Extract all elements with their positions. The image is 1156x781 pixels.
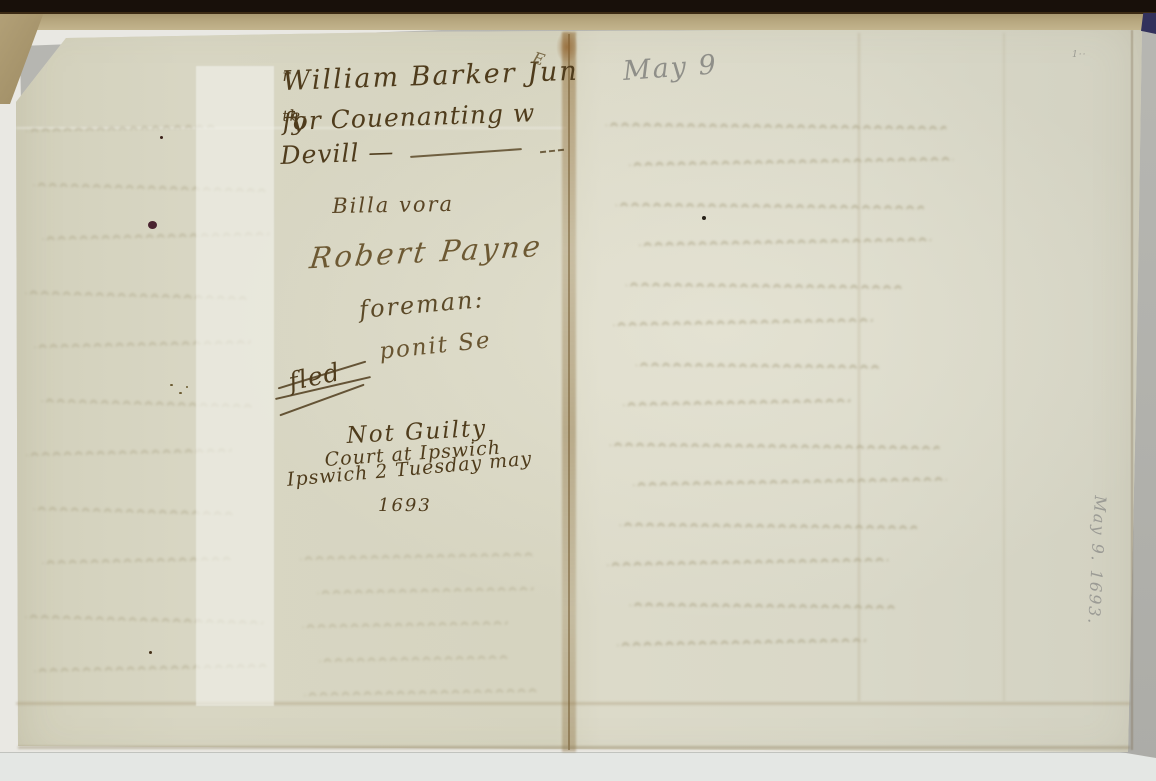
- ink-blot: [148, 221, 157, 229]
- manuscript-photograph: William Barker Junr E for Couenanting wt…: [0, 0, 1156, 781]
- bleedthrough-line: [636, 346, 879, 369]
- name-superscript: r: [282, 66, 292, 85]
- bleedthrough-line: [300, 536, 533, 560]
- pencil-corner-mark: 1··: [1072, 50, 1086, 60]
- photo-dark-frame: [0, 0, 1156, 14]
- ink-speck: [170, 384, 173, 386]
- tissue-strip-overlay: [196, 66, 274, 706]
- bleedthrough-line: [610, 426, 940, 449]
- bleedthrough-line: [26, 108, 216, 132]
- bleedthrough-line: [606, 106, 947, 130]
- bleedthrough-line: [630, 586, 895, 609]
- ink-speck: [702, 216, 706, 220]
- ink-speck: [149, 651, 152, 654]
- sheet-right-edge: [1131, 30, 1133, 750]
- bleedthrough-line: [626, 266, 902, 289]
- bleedthrough-line: [616, 186, 924, 209]
- vertical-crease: [1003, 33, 1005, 701]
- bleedthrough-line: [304, 672, 537, 696]
- pencil-date-top: May 9: [622, 49, 719, 87]
- bleedthrough-line: [317, 570, 533, 594]
- bleedthrough-line: [302, 604, 508, 628]
- bleedthrough-line: [620, 506, 917, 529]
- sheet-bottom-edge: [18, 746, 1130, 749]
- corner-marker: [1141, 13, 1156, 34]
- charge-line: for Couenanting wth ye: [282, 107, 292, 136]
- court-year: 1693: [378, 495, 432, 516]
- grand-jury-verdict: Billa vora: [332, 192, 454, 218]
- ink-speck: [179, 392, 182, 394]
- bleedthrough-line: [623, 382, 850, 406]
- ink-speck: [160, 136, 163, 139]
- charge-superscript: e: [291, 106, 302, 124]
- ink-speck: [186, 386, 188, 388]
- charge-object-line: Devill —: [280, 137, 395, 170]
- bleedthrough-line: [319, 639, 508, 662]
- backdrop-bottom-strip: [0, 752, 1156, 781]
- center-fold-line: [568, 34, 570, 750]
